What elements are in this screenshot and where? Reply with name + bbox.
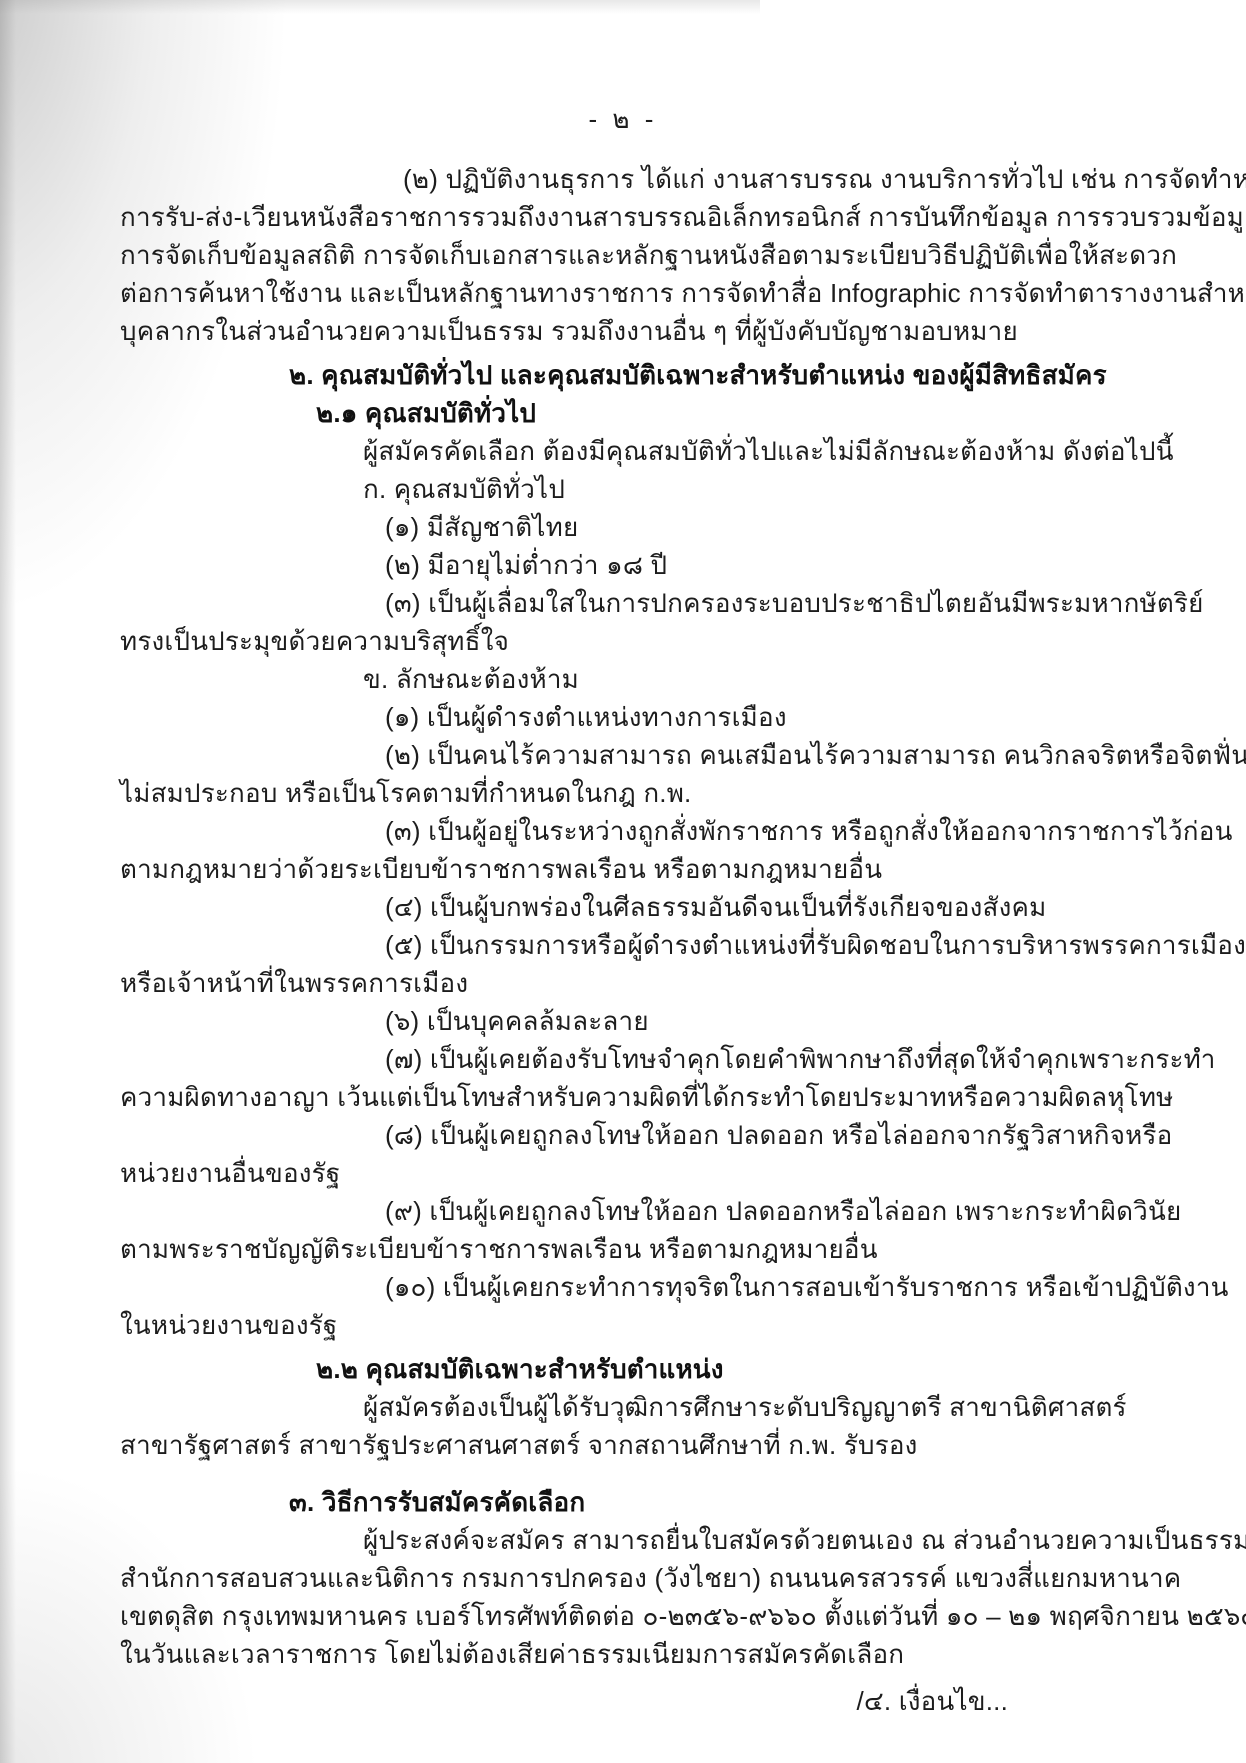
paragraph-line: ต่อการค้นหาใช้งาน และเป็นหลักฐานทางราชกา… [120,274,1246,312]
continuation-line: ความผิดทางอาญา เว้นแต่เป็นโทษสำหรับความผ… [120,1078,1246,1116]
continuation-line: ไม่สมประกอบ หรือเป็นโรคตามที่กำหนดในกฎ ก… [120,774,1246,812]
list-item: (๕) เป็นกรรมการหรือผู้ดำรงตำแหน่งที่รับผ… [385,926,1246,964]
continuation-line: ตามพระราชบัญญัติระเบียบข้าราชการพลเรือน … [120,1230,1246,1268]
paragraph-line: ผู้ประสงค์จะสมัคร สามารถยื่นใบสมัครด้วยต… [363,1521,1246,1559]
continuation-line: หรือเจ้าหน้าที่ในพรรคการเมือง [120,964,1246,1002]
continuation-line: ในหน่วยงานของรัฐ [120,1306,1246,1344]
scan-shadow-top [0,0,760,14]
continuation-line: สาขารัฐศาสตร์ สาขารัฐประศาสนศาสตร์ จากสถ… [120,1426,1246,1464]
section-2-heading: ๒. คุณสมบัติทั่วไป และคุณสมบัติเฉพาะสำหร… [289,356,1246,394]
paragraph-line: ผู้สมัครต้องเป็นผู้ได้รับวุฒิการศึกษาระด… [363,1388,1246,1426]
continuation-line: ทรงเป็นประมุขด้วยความบริสุทธิ์ใจ [120,622,1246,660]
list-item: (๙) เป็นผู้เคยถูกลงโทษให้ออก ปลดออกหรือไ… [385,1192,1246,1230]
continuation-marker: /๔. เงื่อนไข... [0,1682,1246,1720]
paragraph-line: การรับ-ส่ง-เวียนหนังสือราชการรวมถึงงานสา… [120,198,1246,236]
list-item: (๖) เป็นบุคคลล้มละลาย [385,1002,1246,1040]
continuation-line: เขตดุสิต กรุงเทพมหานคร เบอร์โทรศัพท์ติดต… [120,1597,1246,1635]
clause-a-heading: ก. คุณสมบัติทั่วไป [363,470,1246,508]
list-item: (๗) เป็นผู้เคยต้องรับโทษจำคุกโดยคำพิพากษ… [385,1040,1246,1078]
continuation-line: สำนักการสอบสวนและนิติการ กรมการปกครอง (ว… [120,1559,1246,1597]
subsection-2-1-intro: ผู้สมัครคัดเลือก ต้องมีคุณสมบัติทั่วไปแล… [363,432,1246,470]
paragraph-line: บุคลากรในส่วนอำนวยความเป็นธรรม รวมถึงงาน… [120,312,1246,350]
list-item: (๓) เป็นผู้อยู่ในระหว่างถูกสั่งพักราชการ… [385,812,1246,850]
list-item: (๒) มีอายุไม่ต่ำกว่า ๑๘ ปี [385,546,1246,584]
list-item: (๒) เป็นคนไร้ความสามารถ คนเสมือนไร้ความส… [385,736,1246,774]
list-item: (๑) เป็นผู้ดำรงตำแหน่งทางการเมือง [385,698,1246,736]
list-item: (๘) เป็นผู้เคยถูกลงโทษให้ออก ปลดออก หรือ… [385,1116,1246,1154]
continuation-line: ตามกฎหมายว่าด้วยระเบียบข้าราชการพลเรือน … [120,850,1246,888]
continuation-line: ในวันและเวลาราชการ โดยไม่ต้องเสียค่าธรรม… [120,1635,1246,1673]
document-text: - ๒ - (๒) ปฏิบัติงานธุรการ ได้แก่ งานสาร… [0,100,1246,1720]
list-item: (๔) เป็นผู้บกพร่องในศีลธรรมอันดีจนเป็นที… [385,888,1246,926]
list-item: (๓) เป็นผู้เลื่อมใสในการปกครองระบอบประชา… [385,584,1246,622]
continuation-line: หน่วยงานอื่นของรัฐ [120,1154,1246,1192]
clause-b-heading: ข. ลักษณะต้องห้าม [363,660,1246,698]
page-number: - ๒ - [0,100,1246,138]
subsection-2-2-heading: ๒.๒ คุณสมบัติเฉพาะสำหรับตำแหน่ง [316,1350,1246,1388]
document-page: - ๒ - (๒) ปฏิบัติงานธุรการ ได้แก่ งานสาร… [0,0,1246,1763]
subsection-2-1-heading: ๒.๑ คุณสมบัติทั่วไป [316,394,1246,432]
paragraph-line: การจัดเก็บข้อมูลสถิติ การจัดเก็บเอกสารแล… [120,236,1246,274]
list-item: (๑๐) เป็นผู้เคยกระทำการทุจริตในการสอบเข้… [385,1268,1246,1306]
section-3-heading: ๓. วิธีการรับสมัครคัดเลือก [289,1483,1246,1521]
paragraph-line: (๒) ปฏิบัติงานธุรการ ได้แก่ งานสารบรรณ ง… [403,160,1246,198]
list-item: (๑) มีสัญชาติไทย [385,508,1246,546]
